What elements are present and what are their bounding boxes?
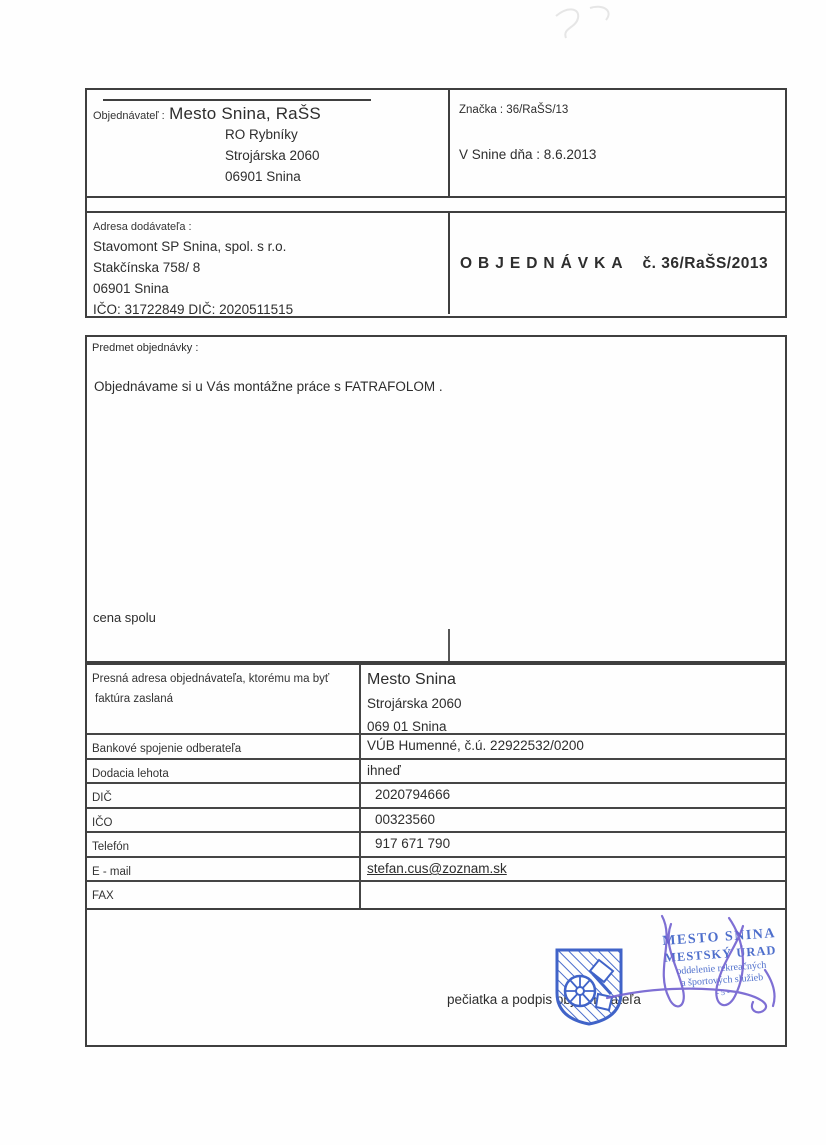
- orderer-label: Objednávateľ :: [93, 110, 165, 122]
- handwritten-signature: [537, 910, 789, 1049]
- row-label: Presná adresa objednávateľa, ktorému ma …: [87, 665, 359, 733]
- orderer-cell: Objednávateľ : Mesto Snina, RaŠS RO Rybn…: [87, 90, 448, 196]
- row-value: 2020794666: [359, 784, 785, 807]
- row-label: FAX: [87, 882, 359, 908]
- table-row: Bankové spojenie odberateľa VÚB Humenné,…: [87, 735, 785, 760]
- supplier-line: 06901 Snina: [93, 278, 442, 299]
- place-and-date: V Snine dňa : 8.6.2013: [459, 147, 777, 162]
- table-row: IČO 00323560: [87, 809, 785, 833]
- row-label: Telefón: [87, 833, 359, 856]
- table-row: E - mail stefan.cus@zoznam.sk: [87, 858, 785, 882]
- row-label: Dodacia lehota: [87, 760, 359, 782]
- orderer-address-line: 06901 Snina: [93, 166, 440, 187]
- orderer-line-1: Objednávateľ : Mesto Snina, RaŠS: [93, 104, 440, 124]
- row-value: 917 671 790: [359, 833, 785, 856]
- supplier-line: Stavomont SP Snina, spol. s r.o.: [93, 236, 442, 257]
- table-row: Presná adresa objednávateľa, ktorému ma …: [87, 665, 785, 735]
- reference-cell: Značka : 36/RaŠS/13 V Snine dňa : 8.6.20…: [448, 90, 785, 196]
- table-row: Telefón 917 671 790: [87, 833, 785, 858]
- row-value: [359, 882, 785, 908]
- row-label-line: faktúra zaslaná: [92, 689, 355, 709]
- order-number: č. 36/RaŠS/2013: [643, 255, 769, 273]
- invoice-address-line: Mesto Snina: [367, 668, 781, 692]
- supplier-label: Adresa dodávateľa :: [93, 218, 442, 236]
- order-subject-section: Predmet objednávky : Objednávame si u Vá…: [85, 335, 787, 663]
- supplier-line: IČO: 31722849 DIČ: 2020511515: [93, 299, 442, 320]
- order-title: OBJEDNÁVKA: [460, 255, 629, 273]
- header-section: Objednávateľ : Mesto Snina, RaŠS RO Rybn…: [85, 88, 787, 318]
- divider-band: [87, 198, 785, 213]
- invoice-address-line: Strojárska 2060: [367, 692, 781, 715]
- email-value: stefan.cus@zoznam.sk: [359, 858, 785, 880]
- row-label: DIČ: [87, 784, 359, 807]
- row-label-line: Presná adresa objednávateľa, ktorému ma …: [92, 669, 355, 689]
- table-row: FAX: [87, 882, 785, 908]
- column-divider-stub: [448, 629, 450, 661]
- supplier-line: Stakčínska 758/ 8: [93, 257, 442, 278]
- scanned-order-document: Objednávateľ : Mesto Snina, RaŠS RO Rybn…: [0, 0, 826, 1145]
- order-title-cell: OBJEDNÁVKA č. 36/RaŠS/2013: [448, 213, 785, 314]
- supplier-row: Adresa dodávateľa : Stavomont SP Snina, …: [87, 213, 785, 314]
- row-label: E - mail: [87, 858, 359, 880]
- orderer-address-line: RO Rybníky: [93, 124, 440, 145]
- table-row: DIČ 2020794666: [87, 784, 785, 809]
- subject-text: Objednávame si u Vás montážne práce s FA…: [94, 379, 443, 394]
- subject-label: Predmet objednávky :: [92, 342, 198, 354]
- orderer-row: Objednávateľ : Mesto Snina, RaŠS RO Rybn…: [87, 90, 785, 198]
- row-value: Mesto Snina Strojárska 2060 069 01 Snina: [359, 665, 785, 733]
- row-value: ihneď: [359, 760, 785, 782]
- row-value: 00323560: [359, 809, 785, 831]
- row-label: IČO: [87, 809, 359, 831]
- table-row: Dodacia lehota ihneď: [87, 760, 785, 784]
- orderer-address-line: Strojárska 2060: [93, 145, 440, 166]
- orderer-name: Mesto Snina, RaŠS: [169, 104, 321, 123]
- stamp-signature-section: pečiatka a podpis objednávateľa: [85, 908, 787, 1047]
- reference-number: Značka : 36/RaŠS/13: [459, 104, 777, 116]
- total-price-label: cena spolu: [93, 610, 156, 625]
- overline-rule: [103, 99, 371, 101]
- scan-artifact-squiggle: [528, 2, 628, 54]
- supplier-cell: Adresa dodávateľa : Stavomont SP Snina, …: [87, 213, 448, 314]
- row-label: Bankové spojenie odberateľa: [87, 735, 359, 758]
- row-value: VÚB Humenné, č.ú. 22922532/0200: [359, 735, 785, 758]
- details-table: Presná adresa objednávateľa, ktorému ma …: [85, 663, 787, 910]
